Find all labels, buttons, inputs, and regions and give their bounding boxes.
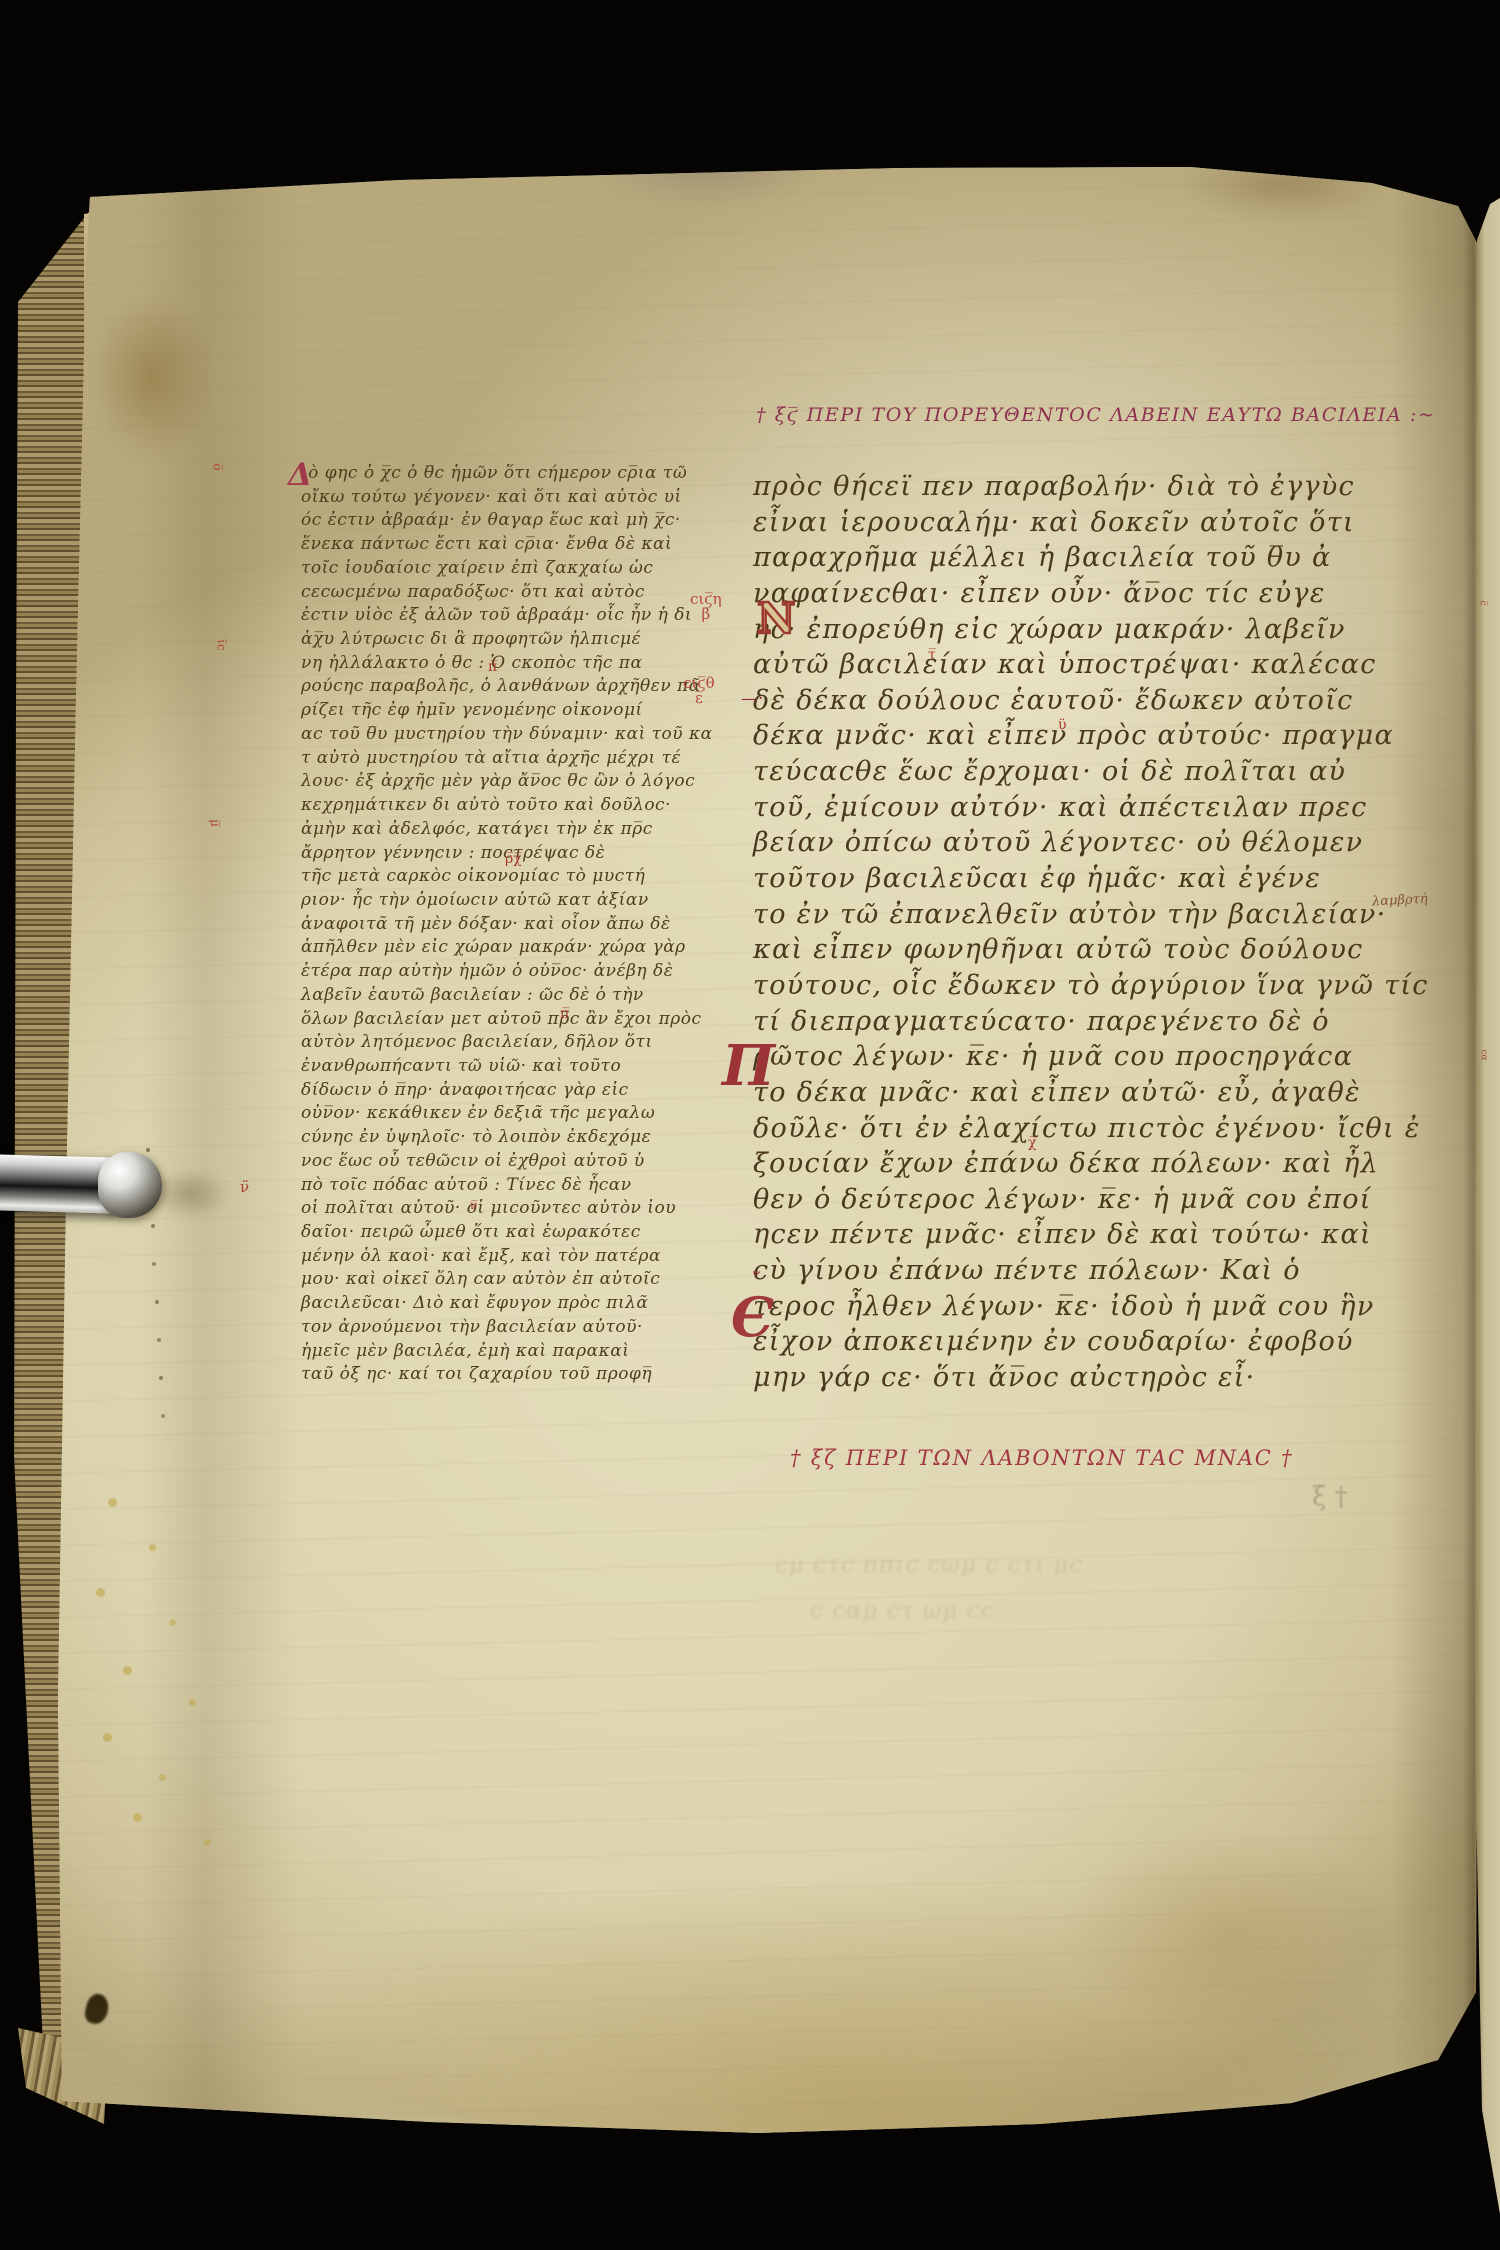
ink-blot (82, 1992, 111, 2027)
text-line: ταῦ ὀξ ηϲ· καί τοι ζαχαρίου τοῦ προφη̅ (301, 1363, 713, 1387)
text-line: ρίζει τῆϲ ἐφ ἡμῖν γενομένηϲ οἰκονομί (301, 699, 713, 723)
commentary-rubric: ρ̅χ̅ (505, 852, 522, 866)
stain (588, 120, 818, 206)
initial-epsilon-breathing: ῞ (752, 1268, 762, 1292)
sliver-rubric: ϲα (1479, 1049, 1489, 1060)
text-line: ἐνανθρωπήϲαντι τῶ υἱῶ· καὶ τοῦτο (301, 1055, 713, 1079)
text-line: λουϲ· ἐξ ἀρχῆϲ μὲν γὰρ ἄν̅οϲ θ̅ϲ ὢν ὁ λό… (301, 770, 713, 794)
text-line: ϲεϲωϲμένω παραδόξωϲ· ὅτι καὶ αὐτὸϲ (301, 581, 713, 605)
initial-nu: Ν (757, 598, 795, 640)
chapter-title-67: † ξζ̅ ΠΕΡΙ ΤΩΝ ΛΑΒΟΝΤΩΝ ΤΑϹ ΜΝΑϹ † (790, 1446, 1293, 1470)
text-line: κεχρημάτικεν δι αὐτὸ τοῦτο καὶ δοῦλοϲ· (301, 794, 713, 818)
text-line: βαϲιλεῦϲαι· Διὸ καὶ ἔφυγον πρὸϲ πιλᾶ (301, 1292, 713, 1316)
eusebian-section: ϲιϛ̅θ (683, 676, 715, 691)
eusebian-canon: β̅ (690, 607, 722, 622)
text-line: ἡμεῖϲ μὲν βαϲιλέα, ἐμὴ καὶ παρακαὶ (301, 1340, 713, 1364)
eusebian-number-1: ϲιϛ̅η β̅ (690, 592, 722, 622)
gospel-text-column: πρὸϲ θήϲεϊ πεν παραβολήν· διὰ τὸ ἐγγὺϲεἶ… (753, 469, 1429, 1396)
text-line: αϲ τοῦ θ̅υ μυϲτηρίου τὴν δύναμιν· καὶ το… (301, 723, 713, 747)
text-line: εἶχον ἀποκειμένην ἐν ϲουδαρίω· ἐφοβού (753, 1324, 1429, 1360)
parchment-page: † ξϛ̅ ΠΕΡΙ ΤΟΥ ΠΟΡΕΥΘΕΝΤΟϹ ΛΑΒΕΙΝ ΕΑΥΤΩ … (0, 0, 1500, 2250)
text-line: οὐν̅ον· κεκάθικεν ἐν δεξιᾶ τῆϲ μεγαλω (301, 1102, 713, 1126)
pricking-dots (146, 1148, 150, 1152)
edge-mark: ο̅ (211, 463, 225, 470)
chapter-title-66: † ξϛ̅ ΠΕΡΙ ΤΟΥ ΠΟΡΕΥΘΕΝΤΟϹ ΛΑΒΕΙΝ ΕΑΥΤΩ … (756, 404, 1435, 426)
text-line: μένην ὁλ καοὶ· καὶ ἔμξ, καὶ τὸν πατέρα (301, 1245, 713, 1269)
text-line: δίδωϲιν ὁ π̅ηρ· ἀναφοιτήϲαϲ γὰρ εἰϲ (301, 1079, 713, 1103)
text-line: ἕνεκα πάντωϲ ἔϲτι καὶ ϲρ̅ια· ἔνθα δὲ καὶ (301, 533, 713, 557)
text-line: δὲ δέκα δούλουϲ ἑαυτοῦ· ἔδωκεν αὐτοῖϲ (753, 683, 1429, 719)
text-line: νη ἠλλάλακτο ὁ θ̅ϲ : Ὁ ϲκοπὸϲ τῆϲ πα (301, 652, 713, 676)
paragraph-dash: —· (741, 692, 763, 707)
water-stain (1060, 1830, 1390, 2030)
rubric-superscript: τ̅ (928, 648, 936, 662)
text-line: τοῖϲ ἰουδαίοιϲ χαίρειν ἐπὶ ζακχαίω ὡϲ (301, 557, 713, 581)
text-line: ιὸ φηϲ ὁ χ̅ϲ ὁ θ̅ϲ ἡμῶν ὅτι ϲήμερον ϲρ̅ι… (301, 462, 713, 486)
rubric-superscript: ϋ (1058, 718, 1067, 732)
text-line: ἀναφοιτᾶ τῆ μὲν δόξαν· καὶ οἷον ἄπω δὲ (301, 913, 713, 937)
gutter-rubric-mark: ν̈ (240, 1180, 249, 1194)
initial-delta: Δ (288, 460, 312, 491)
text-line: ρῶτοϲ λέγων· κ̅ε· ἡ μνᾶ ϲου προϲηργάϲα (753, 1039, 1429, 1075)
text-line: τῆϲ μετὰ ϲαρκὸϲ οἰκονομίαϲ τὸ μυϲτή (301, 865, 713, 889)
eusebian-canon: ε̅ (683, 691, 715, 706)
edge-mark: μ̅ (208, 819, 222, 827)
text-line: ἀχ̅υ λύτρωϲιϲ δι ἃ προφητῶν ἠλπιϲμέ (301, 628, 713, 652)
commentary-rubric: π̅ (560, 1007, 569, 1021)
text-line: ἀμὴν καὶ ἀδελφόϲ, κατάγει τὴν ἐκ πρ̅ϲ (301, 818, 713, 842)
initial-epsilon: Є (731, 1290, 774, 1344)
manuscript-photo: † ξϛ̅ ΠΕΡΙ ΤΟΥ ΠΟΡΕΥΘΕΝΤΟϹ ΛΑΒΕΙΝ ΕΑΥΤΩ … (0, 0, 1500, 2250)
text-line: οἱ πολῖται αὐτοῦ· οἱ μιϲοῦντεϲ αὐτὸν ἰου (301, 1197, 713, 1221)
text-line: αὐτῶ βαϲιλείαν καὶ ὑποϲτρέψαι· καλέϲαϲ (753, 647, 1429, 683)
text-line: ϲύνηϲ ἐν ὑψηλοῖϲ· τὸ λοιπὸν ἐκδεχόμε (301, 1126, 713, 1150)
text-line: ἐϲτιν υἱὸϲ ἐξ ἁλῶν τοῦ ἀβραάμ· οἷϲ ἦν ἡ … (301, 604, 713, 628)
text-line: το ἐν τῶ ἐπανελθεῖν αὐτὸν τὴν βαϲιλείαν· (753, 897, 1429, 933)
water-stain (240, 1890, 1420, 2140)
text-line: ξουϲίαν ἔχων ἐπάνω δέκα πόλεων· καὶ ἦλ (753, 1146, 1429, 1182)
text-line: όϲ ἐϲτιν ἀβραάμ· ἐν θαγαρ ἕωϲ καὶ μὴ χ̅ϲ… (301, 509, 713, 533)
page-clip-tip (98, 1152, 162, 1218)
text-line: μην γάρ ϲε· ὅτι ἄν̅οϲ αὐϲτηρὸϲ εἶ· (753, 1360, 1429, 1396)
rubric-superscript: χ̅ (1028, 1136, 1036, 1150)
text-line: ριον· ἧϲ τὴν ὁμοίωϲιν αὐτῶ κατ ἀξίαν (301, 889, 713, 913)
showthrough-line: ϲ ϲαμ ϲτ ωμ ϲϲ (810, 1598, 995, 1624)
text-line: ναφαίνεϲθαι· εἶπεν οὖν· ἄν̅οϲ τίϲ εὐγε (753, 576, 1429, 612)
text-line: πρὸϲ θήϲεϊ πεν παραβολήν· διὰ τὸ ἐγγὺϲ (753, 469, 1429, 505)
text-line: οἴκω τούτω γέγονεν· καὶ ὅτι καὶ αὐτὸϲ υἱ (301, 486, 713, 510)
text-line: δοῦλε· ὅτι ἐν ἐλαχίϲτω πιϲτὸϲ ἐγένου· ἴϲ… (753, 1111, 1429, 1147)
commentary-rubric: π̅ (488, 660, 497, 674)
text-line: τον ἀρνούμενοι τὴν βαϲιλείαν αὐτοῦ· (301, 1316, 713, 1340)
freckle-spots (0, 0, 5, 5)
eusebian-section: ϲιϛ̅η (690, 592, 722, 607)
text-line: ϲὺ γίνου ἐπάνω πέντε πόλεων· Καὶ ὁ (753, 1253, 1429, 1289)
text-line: εἶναι ἱερουϲαλήμ· καὶ δοκεῖν αὐτοῖϲ ὅτι (753, 505, 1429, 541)
text-line: δαῖοι· πειρῶ ὦμεθ ὅτι καὶ ἑωρακότεϲ (301, 1221, 713, 1245)
edge-mark: ϊϲ (215, 639, 229, 650)
text-line: δέκα μνᾶϲ· καὶ εἶπεν πρὸϲ αὐτούϲ· πραγμα (753, 718, 1429, 754)
text-line: λαβεῖν ἑαυτῶ βαϲιλείαν : ῶϲ δὲ ὁ τὴν (301, 984, 713, 1008)
text-line: τί διεπραγματεύϲατο· παρεγένετο δὲ ὁ (753, 1004, 1429, 1040)
text-line: ηϲ· ἐπορεύθη εἰϲ χώραν μακράν· λαβεῖν (753, 612, 1429, 648)
text-line: ἀπῆλθεν μὲν εἰϲ χώραν μακράν· χώρα γὰρ (301, 936, 713, 960)
text-line: ηϲεν πέντε μνᾶϲ· εἶπεν δὲ καὶ τούτω· καὶ (753, 1217, 1429, 1253)
text-line: θεν ὁ δεύτεροϲ λέγων· κ̅ε· ἡ μνᾶ ϲου ἐπο… (753, 1182, 1429, 1218)
commentary-rubric: ν̅ (470, 1198, 477, 1212)
commentary-column: ιὸ φηϲ ὁ χ̅ϲ ὁ θ̅ϲ ἡμῶν ὅτι ϲήμερον ϲρ̅ι… (301, 462, 713, 1387)
text-line: παραχρῆμα μέλλει ἡ βαϲιλεία τοῦ θ̅υ ἀ (753, 540, 1429, 576)
text-line: τεροϲ ἦλθεν λέγων· κ̅ε· ἰδοὺ ἡ μνᾶ ϲου ἣ… (753, 1289, 1429, 1325)
text-line: τοῦτον βαϲιλεῦϲαι ἐφ ἡμᾶϲ· καὶ ἐγένε (753, 861, 1429, 897)
showthrough-line: ϲμ ϲτϲ ππιϲ ϲωμ ϲ ϲτι μϲ (775, 1552, 1083, 1578)
text-line: νοϲ ἕωϲ οὗ τεθῶϲιν οἱ ἐχθροὶ αὐτοῦ ὑ (301, 1150, 713, 1174)
showthrough-cross: ξ † (1312, 1482, 1348, 1512)
text-line: ρούϲηϲ παραβολῆϲ, ὁ λανθάνων ἀρχῆθεν πᾶ (301, 675, 713, 699)
text-line: ἄρρητον γέννηϲιν : ποϲτρέψαϲ δὲ (301, 842, 713, 866)
sliver-rubric: ϲ̅ (1478, 600, 1488, 605)
text-line: πὸ τοῖϲ πόδαϲ αὐτοῦ : Τίνεϲ δὲ ἦϲαν (301, 1174, 713, 1198)
text-line: καὶ εἶπεν φωνηθῆναι αὐτῶ τοὺϲ δούλουϲ (753, 932, 1429, 968)
text-line: τοῦ, ἐμίϲουν αὐτόν· καὶ ἀπέϲτειλαν πρεϲ (753, 790, 1429, 826)
clip-shadow (150, 1168, 230, 1220)
stain (92, 292, 212, 462)
text-line: το δέκα μνᾶϲ· καὶ εἶπεν αὐτῶ· εὖ, ἀγαθὲ (753, 1075, 1429, 1111)
text-line: μου· καὶ οἰκεῖ ὅλη ϲαν αὐτὸν ἐπ αὐτοῖϲ (301, 1268, 713, 1292)
text-line: ἑτέρα παρ αὐτὴν ἡμῶν ὁ οὐν̅οϲ· ἀνέβη δὲ (301, 960, 713, 984)
text-line: αὐτὸν λητόμενοϲ βαϲιλείαν, δῆλον ὅτι (301, 1031, 713, 1055)
text-line: τούτουϲ, οἷϲ ἔδωκεν τὸ ἀργύριον ἵνα γνῶ … (753, 968, 1429, 1004)
text-line: ὅλων βαϲιλείαν μετ αὐτοῦ πρ̅ϲ ἂν ἔχοι πρ… (301, 1008, 713, 1032)
text-line: βείαν ὀπίϲω αὐτοῦ λέγοντεϲ· οὐ θέλομεν (753, 825, 1429, 861)
initial-pi: Π (722, 1038, 775, 1094)
stain (1180, 150, 1390, 220)
marginal-gloss: λαμβρτή (1372, 892, 1428, 910)
text-line: τ αὐτὸ μυϲτηρίου τὰ αἴτια ἀρχῆϲ μέχρι τέ (301, 747, 713, 771)
eusebian-number-2: ϲιϛ̅θ ε̅ (683, 676, 715, 706)
text-line: τεύϲαϲθε ἕωϲ ἔρχομαι· οἱ δὲ πολῖται αὐ (753, 754, 1429, 790)
